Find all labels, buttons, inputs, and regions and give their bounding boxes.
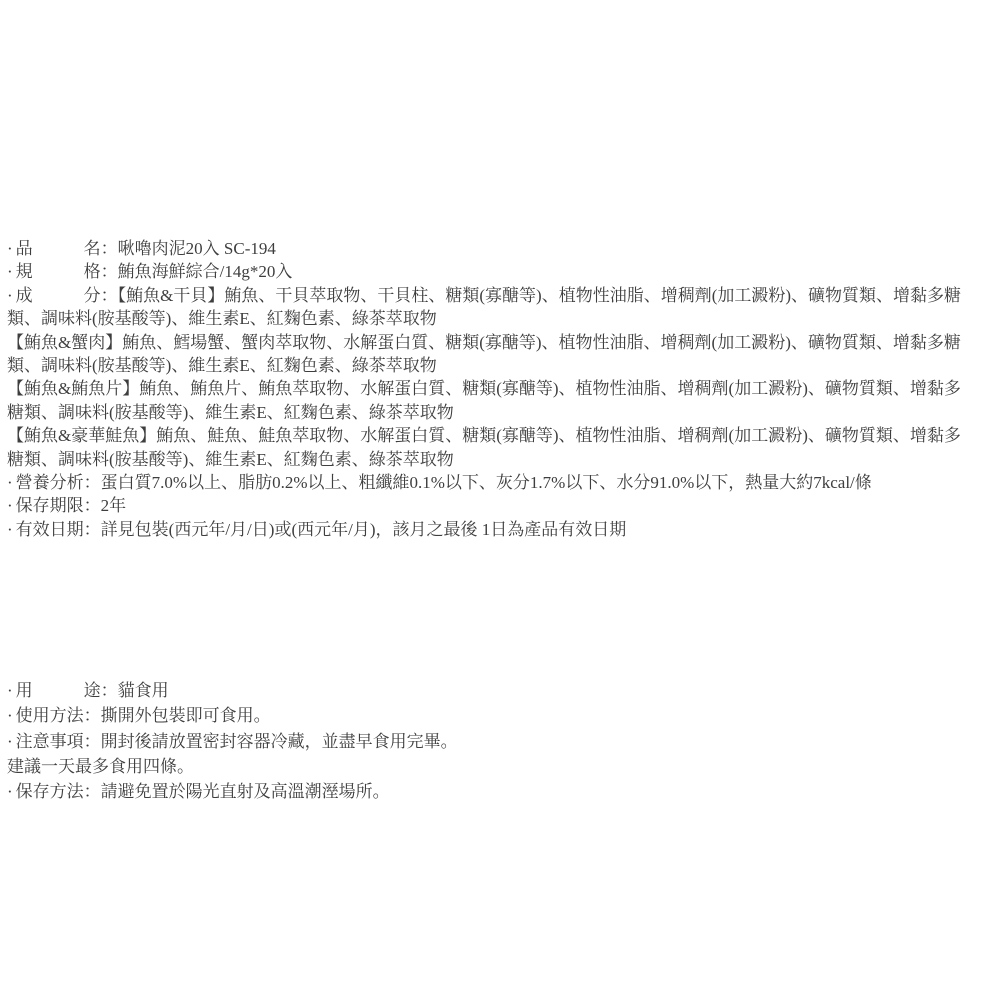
- row-text: 品 名：啾嚕肉泥20入 SC-194: [16, 239, 276, 258]
- row-text: 保存方法：請避免置於陽光直射及高溫潮溼場所。: [16, 782, 390, 801]
- row-text: 使用方法：撕開外包裝即可食用。: [16, 706, 271, 725]
- bullet-dot: ·: [7, 706, 13, 725]
- product-name-row: ·品 名：啾嚕肉泥20入 SC-194: [7, 237, 966, 260]
- caution-row: ·注意事項：開封後請放置密封容器冷藏，並盡早食用完畢。: [7, 729, 966, 754]
- ingredients-row-tuna-salmon: 【鮪魚&豪華鮭魚】鮪魚、鮭魚、鮭魚萃取物、水解蛋白質、糖類(寡醣等)、植物性油脂…: [7, 424, 966, 471]
- product-description-page: ·品 名：啾嚕肉泥20入 SC-194 ·規 格：鮪魚海鮮綜合/14g*20入 …: [0, 0, 1000, 804]
- row-text: 注意事項：開封後請放置密封容器冷藏，並盡早食用完畢。: [16, 732, 458, 751]
- bullet-dot: ·: [7, 286, 13, 305]
- bullet-dot: ·: [7, 262, 13, 281]
- bullet-dot: ·: [7, 496, 13, 515]
- bullet-dot: ·: [7, 681, 13, 700]
- bullet-dot: ·: [7, 520, 13, 539]
- how-to-use-row: ·使用方法：撕開外包裝即可食用。: [7, 703, 966, 728]
- row-text: 【鮪魚&豪華鮭魚】鮪魚、鮭魚、鮭魚萃取物、水解蛋白質、糖類(寡醣等)、植物性油脂…: [7, 426, 961, 468]
- row-text: 用 途：貓食用: [16, 681, 169, 700]
- bullet-dot: ·: [7, 473, 13, 492]
- row-text: 保存期限：2年: [16, 496, 127, 515]
- expiry-date-row: ·有效日期：詳見包裝(西元年/月/日)或(西元年/月)，該月之最後 1日為產品有…: [7, 518, 966, 541]
- product-spec-row: ·規 格：鮪魚海鮮綜合/14g*20入: [7, 260, 966, 283]
- bullet-dot: ·: [7, 782, 13, 801]
- usage-section: ·用 途：貓食用 ·使用方法：撕開外包裝即可食用。 ·注意事項：開封後請放置密封…: [7, 678, 966, 804]
- ingredients-row-tuna-tuna-slice: 【鮪魚&鮪魚片】鮪魚、鮪魚片、鮪魚萃取物、水解蛋白質、糖類(寡醣等)、植物性油脂…: [7, 377, 966, 424]
- bullet-dot: ·: [7, 239, 13, 258]
- usage-purpose-row: ·用 途：貓食用: [7, 678, 966, 703]
- row-text: 營養分析：蛋白質7.0%以上、脂肪0.2%以上、粗纖維0.1%以下、灰分1.7%…: [16, 473, 872, 492]
- shelf-life-row: ·保存期限：2年: [7, 494, 966, 517]
- ingredients-row-tuna-crab: 【鮪魚&蟹肉】鮪魚、鱈場蟹、蟹肉萃取物、水解蛋白質、糖類(寡醣等)、植物性油脂、…: [7, 331, 966, 378]
- row-text: 建議一天最多食用四條。: [7, 757, 194, 776]
- row-text: 【鮪魚&蟹肉】鮪魚、鱈場蟹、蟹肉萃取物、水解蛋白質、糖類(寡醣等)、植物性油脂、…: [7, 333, 961, 375]
- row-text: 成 分：【鮪魚&干貝】鮪魚、干貝萃取物、干貝柱、糖類(寡醣等)、植物性油脂、增稠…: [7, 286, 961, 328]
- row-text: 規 格：鮪魚海鮮綜合/14g*20入: [16, 262, 293, 281]
- row-text: 【鮪魚&鮪魚片】鮪魚、鮪魚片、鮪魚萃取物、水解蛋白質、糖類(寡醣等)、植物性油脂…: [7, 379, 961, 421]
- product-spec-section: ·品 名：啾嚕肉泥20入 SC-194 ·規 格：鮪魚海鮮綜合/14g*20入 …: [7, 237, 966, 541]
- bullet-dot: ·: [7, 732, 13, 751]
- ingredients-row-tuna-scallop: ·成 分：【鮪魚&干貝】鮪魚、干貝萃取物、干貝柱、糖類(寡醣等)、植物性油脂、增…: [7, 284, 966, 331]
- storage-method-row: ·保存方法：請避免置於陽光直射及高溫潮溼場所。: [7, 779, 966, 804]
- daily-limit-suggestion-row: 建議一天最多食用四條。: [7, 754, 966, 779]
- row-text: 有效日期：詳見包裝(西元年/月/日)或(西元年/月)，該月之最後 1日為產品有效…: [16, 520, 627, 539]
- nutrition-analysis-row: ·營養分析：蛋白質7.0%以上、脂肪0.2%以上、粗纖維0.1%以下、灰分1.7…: [7, 471, 966, 494]
